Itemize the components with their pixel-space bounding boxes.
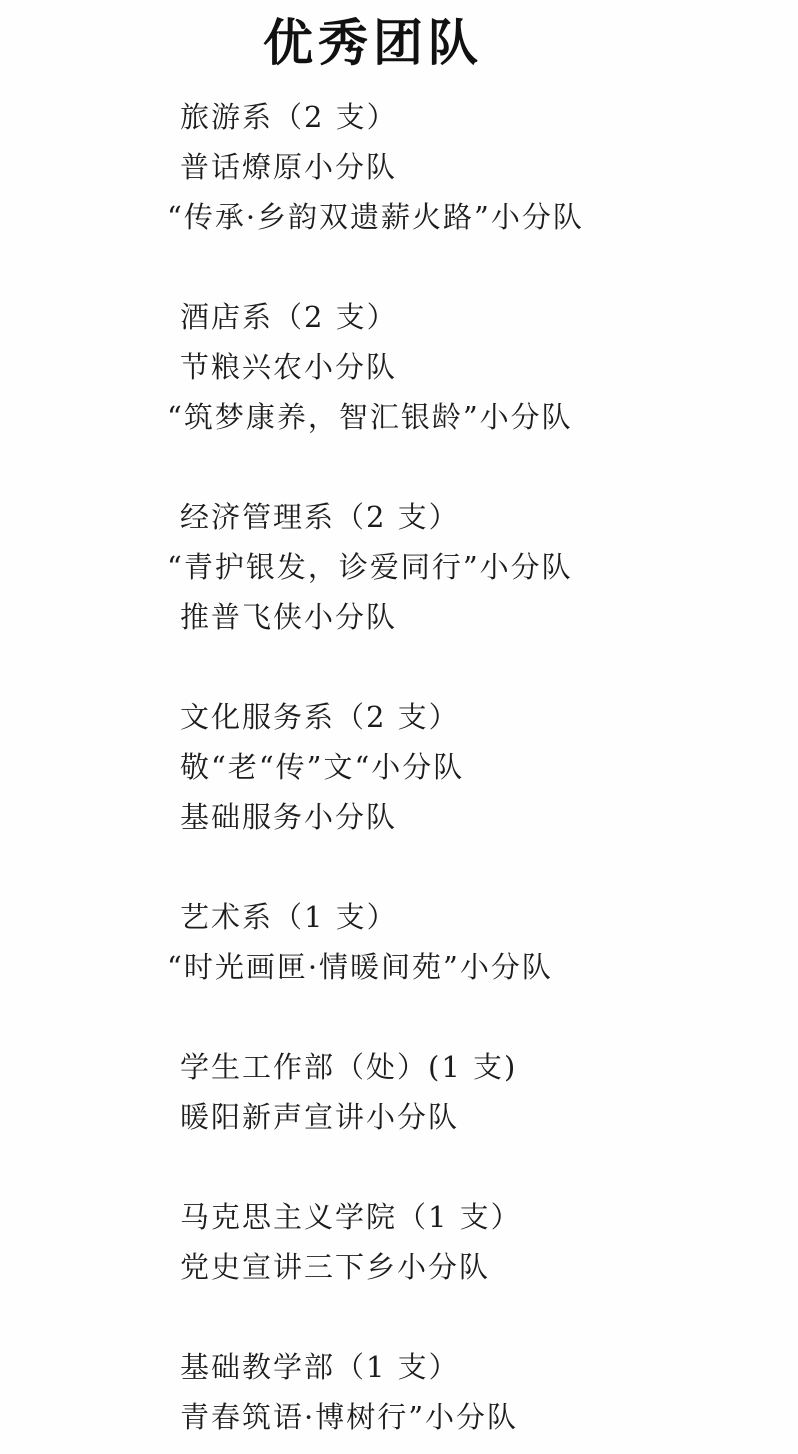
team-name: 普话燎原小分队 [180, 142, 798, 192]
department-heading: 艺术系（1 支） [180, 892, 798, 942]
section-art: 艺术系（1 支） “时光画匣·情暖间苑”小分队 [180, 892, 798, 992]
team-name: “传承·乡韵双遗薪火路”小分队 [167, 192, 798, 242]
section-cultural-service: 文化服务系（2 支） 敬“老“传”文“小分队 基础服务小分队 [180, 692, 798, 842]
team-name: “青护银发，诊爱同行”小分队 [167, 542, 798, 592]
page-title: 优秀团队 [0, 0, 772, 74]
team-name: 敬“老“传”文“小分队 [180, 742, 798, 792]
team-list: 旅游系（2 支） 普话燎原小分队 “传承·乡韵双遗薪火路”小分队 酒店系（2 支… [0, 74, 798, 1442]
department-heading: 基础教学部（1 支） [180, 1342, 798, 1392]
department-heading: 酒店系（2 支） [180, 292, 798, 342]
team-name: 推普飞侠小分队 [180, 592, 798, 642]
section-basic-teaching: 基础教学部（1 支） 青春筑语·博树行”小分队 [180, 1342, 798, 1442]
department-heading: 旅游系（2 支） [180, 92, 798, 142]
department-heading: 学生工作部（处）(1 支) [180, 1042, 798, 1092]
team-name: 节粮兴农小分队 [180, 342, 798, 392]
section-economic-management: 经济管理系（2 支） “青护银发，诊爱同行”小分队 推普飞侠小分队 [180, 492, 798, 642]
department-heading: 马克思主义学院（1 支） [180, 1192, 798, 1242]
team-name: 党史宣讲三下乡小分队 [180, 1242, 798, 1292]
department-heading: 文化服务系（2 支） [180, 692, 798, 742]
team-name: “筑梦康养，智汇银龄”小分队 [167, 392, 798, 442]
section-student-affairs: 学生工作部（处）(1 支) 暖阳新声宣讲小分队 [180, 1042, 798, 1142]
team-name: 暖阳新声宣讲小分队 [180, 1092, 798, 1142]
team-name: “时光画匣·情暖间苑”小分队 [167, 942, 798, 992]
team-name: 基础服务小分队 [180, 792, 798, 842]
section-marxism-college: 马克思主义学院（1 支） 党史宣讲三下乡小分队 [180, 1192, 798, 1292]
section-hotel: 酒店系（2 支） 节粮兴农小分队 “筑梦康养，智汇银龄”小分队 [180, 292, 798, 442]
document-page: 优秀团队 旅游系（2 支） 普话燎原小分队 “传承·乡韵双遗薪火路”小分队 酒店… [0, 0, 798, 1454]
department-heading: 经济管理系（2 支） [180, 492, 798, 542]
section-tourism: 旅游系（2 支） 普话燎原小分队 “传承·乡韵双遗薪火路”小分队 [180, 92, 798, 242]
team-name: 青春筑语·博树行”小分队 [180, 1392, 798, 1442]
